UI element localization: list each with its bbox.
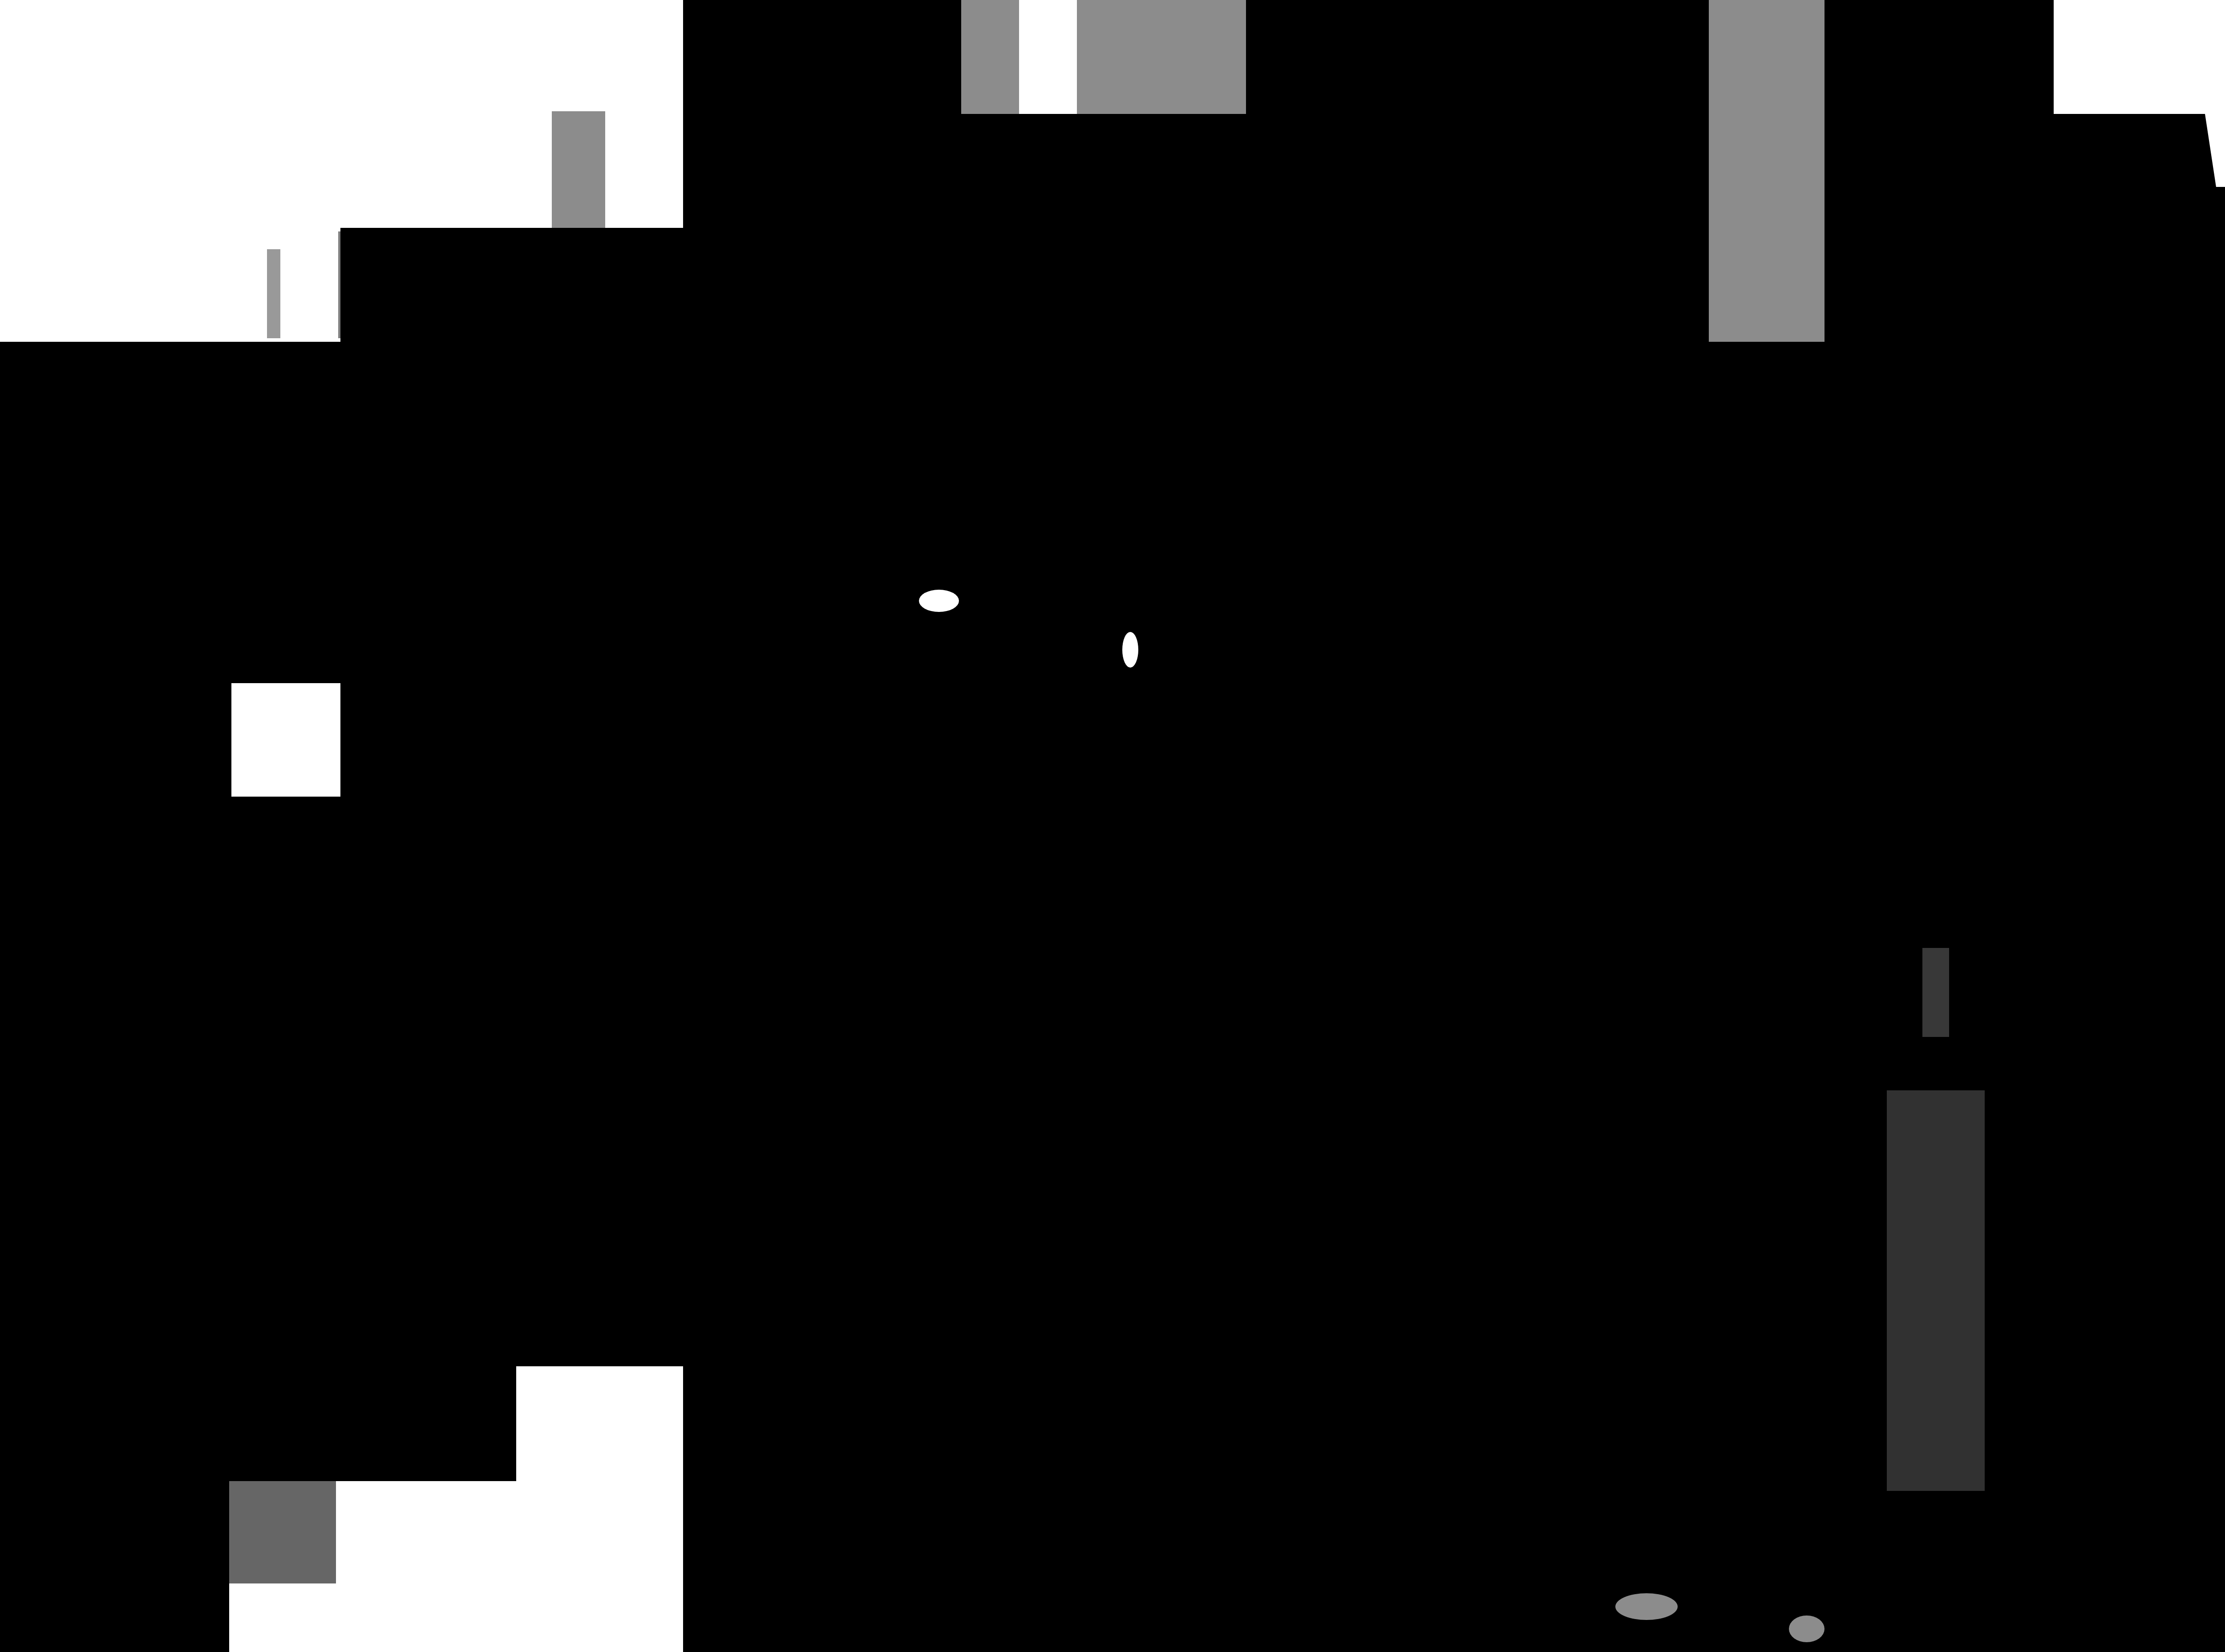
binarized-photo	[0, 0, 2225, 1652]
textured-strip-center-right	[1709, 0, 1824, 342]
speckle-top-right	[2054, 0, 2152, 114]
white-region-left-small	[227, 683, 340, 797]
white-region-top-strip-edge	[1019, 0, 1077, 114]
white-blob-center-2	[1122, 632, 1138, 668]
speckle-left-small	[182, 683, 231, 797]
white-blob-center	[919, 590, 959, 612]
white-region-top-strip	[961, 0, 1246, 114]
speckle-bottom-left	[229, 1481, 336, 1583]
